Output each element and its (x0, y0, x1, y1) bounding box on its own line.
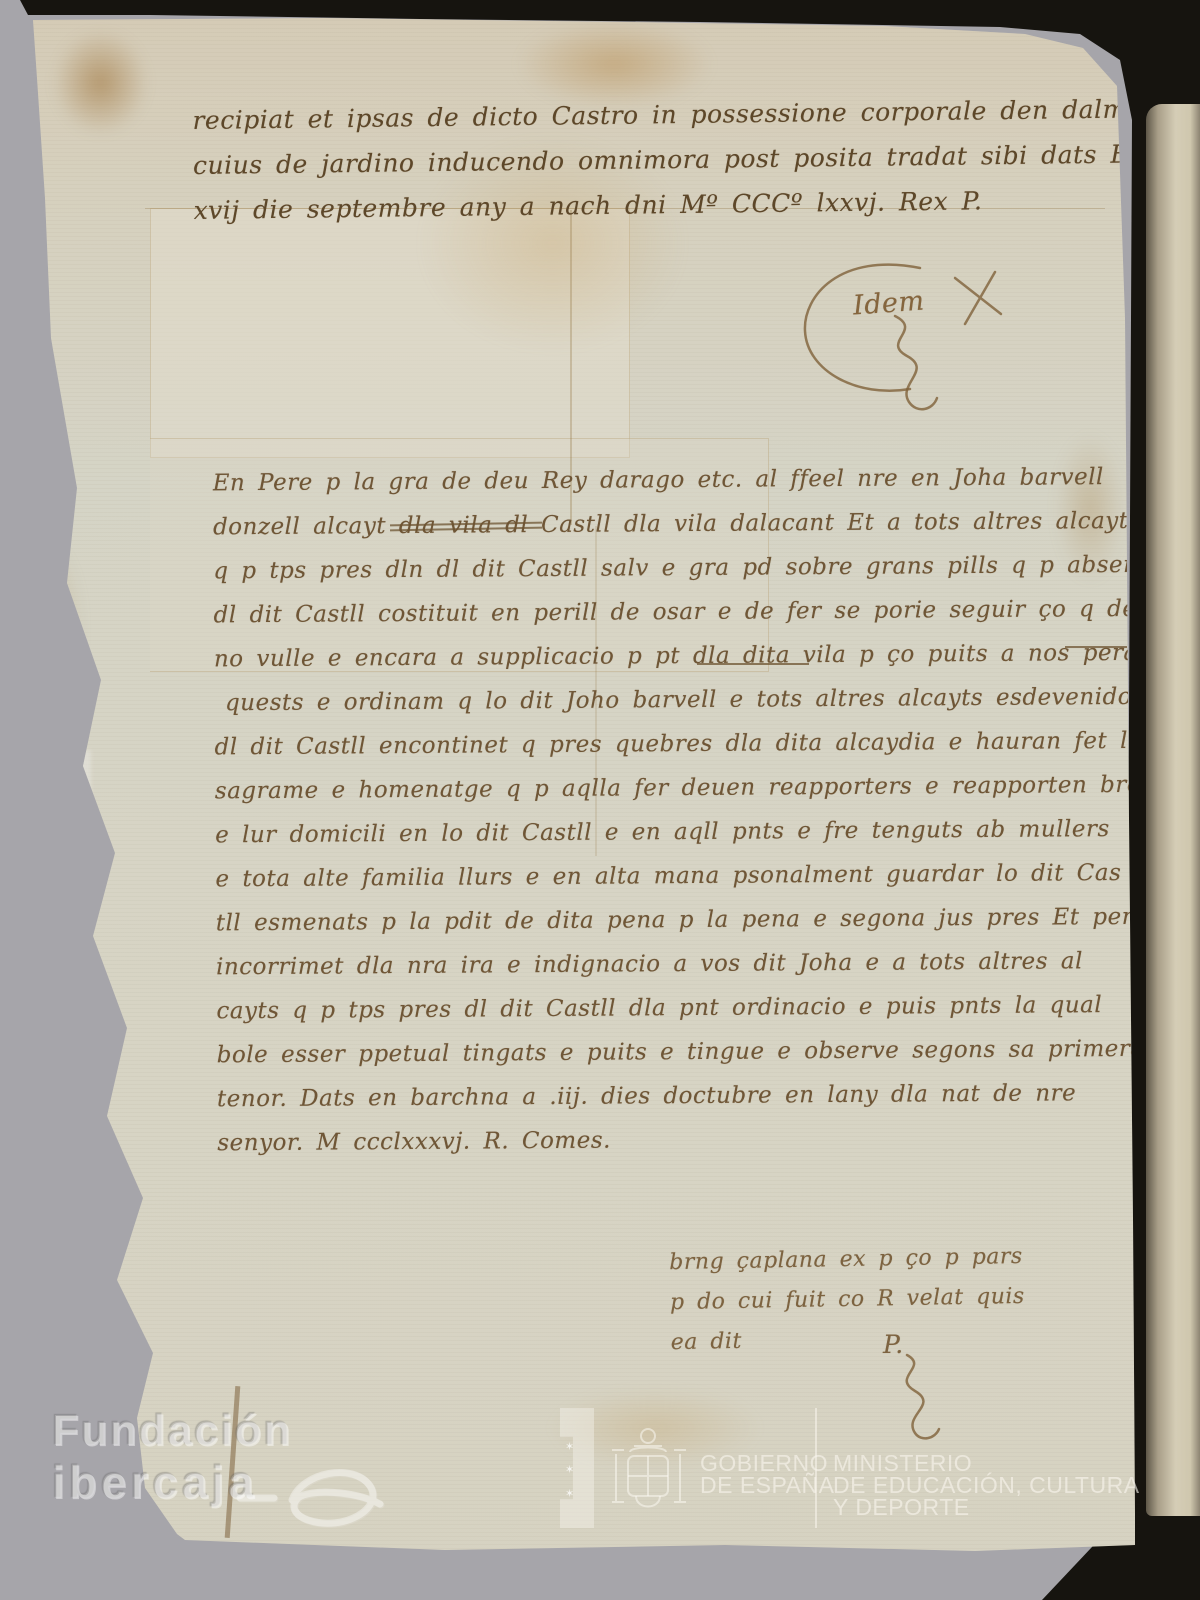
ministerio-line: Y DEPORTE (833, 1496, 1140, 1518)
letter-line: dl dit Castll encontinet q pres quebres … (214, 719, 1164, 770)
spain-coat-of-arms-icon (606, 1424, 690, 1528)
ministerio-line: DE EDUCACIÓN, CULTURA (833, 1474, 1140, 1496)
ibercaja-logo-icon (236, 1450, 396, 1540)
manuscript-page: recipiat et ipsas de dicto Castro in pos… (25, 18, 1137, 1553)
letter-line: P quests e ordinam q lo dit Joho barvell… (213, 675, 1165, 726)
strikethrough-mark (697, 663, 809, 665)
royal-letter-body: En Pere p la gra de deu Rey darago etc. … (213, 455, 1168, 1166)
letter-line: bole esser ppetual tingats e puits e tin… (217, 1027, 1167, 1078)
notarial-paraph-flourish-icon (873, 1353, 943, 1443)
latin-docket-block: recipiat et ipsas de dicto Castro in pos… (192, 86, 1169, 233)
registration-line: ea dit (670, 1317, 1025, 1363)
chancery-registration-note: brng çaplana ex p ço p pars p do cui fui… (669, 1237, 1026, 1363)
eu-star-icon: ✶ (565, 1440, 574, 1453)
ministerio-line: MINISTERIO (833, 1452, 1140, 1474)
letter-line: no vulle e encara a supplicacio p pt dla… (214, 631, 1164, 682)
eu-star-icon: ✶ (565, 1487, 574, 1500)
registration-line: p do cui fuit co R velat quis (670, 1277, 1025, 1323)
letter-line: cayts q p tps pres dl dit Castll dla pnt… (216, 983, 1166, 1034)
letter-line: En Pere p la gra de deu Rey darago etc. … (213, 455, 1163, 506)
letter-line: tenor. Dats en barchna a .iij. dies doct… (217, 1071, 1167, 1122)
eu-star-icon: ✶ (565, 1463, 574, 1476)
gobierno-line: GOBIERNO (700, 1452, 834, 1474)
letter-line: q p tps pres dln dl dit Castll salv e gr… (213, 543, 1163, 594)
strikethrough-mark (1065, 646, 1127, 648)
next-folio-edge (1146, 104, 1200, 1516)
registration-line: brng çaplana ex p ço p pars (669, 1237, 1024, 1283)
ibercaja-watermark-line2: ibercaja (52, 1455, 258, 1509)
ibercaja-watermark-line1: Fundación (52, 1406, 292, 1456)
letter-line: incorrimet dla nra ira e indignacio a vo… (216, 939, 1166, 990)
repair-tape-left-edge (19, 750, 91, 898)
letter-line: e tota alte familia llurs e en alta mana… (215, 851, 1165, 902)
gobierno-watermark: GOBIERNO DE ESPAÑA (700, 1452, 834, 1496)
stain-top-left (53, 30, 148, 135)
gobierno-line: DE ESPAÑA (700, 1474, 834, 1496)
letter-line: donzell alcayt dla vila dl Castll dla vi… (213, 499, 1163, 550)
letter-line: tll esmenats p la pdit de dita pena p la… (216, 895, 1166, 946)
scanned-manuscript-photo: recipiat et ipsas de dicto Castro in pos… (0, 0, 1200, 1600)
stain-left-edge (13, 538, 83, 718)
letter-line: sagrame e homenatge q p aqlla fer deuen … (215, 763, 1165, 814)
letter-line: dl dit Castll costituit en perill de osa… (213, 587, 1163, 638)
letter-line: e lur domicili en lo dit Castll e en aql… (215, 807, 1165, 858)
letter-line: senyor. M ccclxxxvj. R. Comes. (217, 1115, 1167, 1166)
ministerio-watermark: MINISTERIO DE EDUCACIÓN, CULTURA Y DEPOR… (833, 1452, 1140, 1518)
marginal-circle-flourish-icon (795, 256, 1015, 416)
